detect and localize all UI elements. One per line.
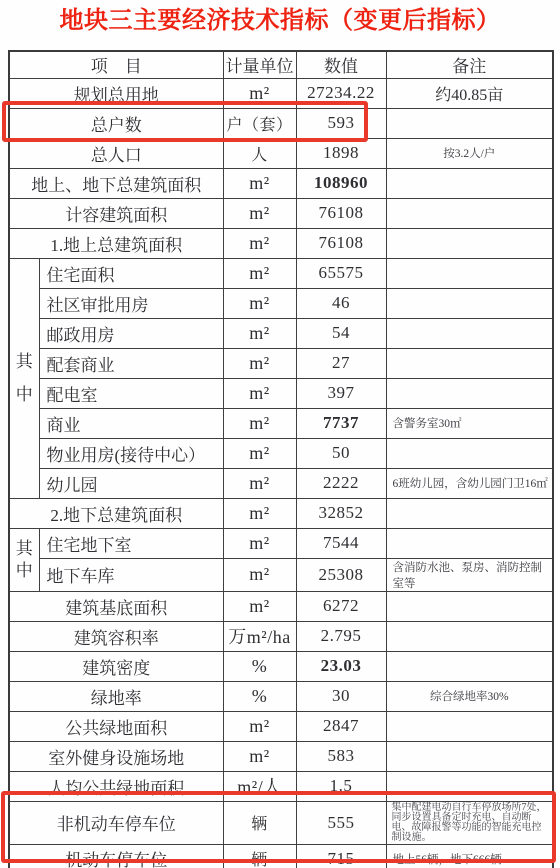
item-name: 住宅面积	[39, 258, 223, 288]
item-name: 非机动车停车位	[9, 801, 223, 844]
item-name: 建筑基底面积	[9, 591, 223, 621]
unit-value: m²	[223, 378, 296, 408]
unit-value: m²	[223, 168, 296, 198]
item-name: 配套商业	[39, 348, 223, 378]
remark-text	[386, 711, 553, 741]
numeric-value: 65575	[296, 258, 386, 288]
header-unit: 计量单位	[223, 51, 296, 78]
item-name: 幼儿园	[39, 468, 223, 498]
group-label: 其中	[9, 258, 39, 498]
header-row: 项 目 计量单位 数值 备注	[9, 51, 553, 78]
header-remark: 备注	[386, 51, 553, 78]
remark-text: 地上56辆，地下666辆	[386, 844, 553, 868]
unit-value: m²	[223, 348, 296, 378]
remark-text: 约40.85亩	[386, 78, 553, 108]
item-name: 地上、地下总建筑面积	[9, 168, 223, 198]
item-name: 公共绿地面积	[9, 711, 223, 741]
table-row: 邮政用房m²54	[9, 318, 553, 348]
item-name: 绿地率	[9, 681, 223, 711]
remark-text	[386, 378, 553, 408]
unit-value: m²	[223, 591, 296, 621]
numeric-value: 7737	[296, 408, 386, 438]
unit-value: %	[223, 651, 296, 681]
table-row: 建筑基底面积m²6272	[9, 591, 553, 621]
table-row: 配套商业m²27	[9, 348, 553, 378]
item-name: 建筑容积率	[9, 621, 223, 651]
remark-text	[386, 288, 553, 318]
numeric-value: 555	[296, 801, 386, 844]
item-name: 人均公共绿地面积	[9, 771, 223, 801]
unit-value: m²	[223, 558, 296, 591]
remark-text: 6班幼儿园，含幼儿园门卫16㎡	[386, 468, 553, 498]
numeric-value: 76108	[296, 198, 386, 228]
indicators-table: 项 目 计量单位 数值 备注 规划总用地m²27234.22约40.85亩总户数…	[8, 50, 554, 868]
numeric-value: 583	[296, 741, 386, 771]
remark-text	[386, 498, 553, 528]
unit-value: m²	[223, 318, 296, 348]
unit-value: m²	[223, 198, 296, 228]
unit-value: m²	[223, 78, 296, 108]
item-name: 2.地下总建筑面积	[9, 498, 223, 528]
table-row: 2.地下总建筑面积m²32852	[9, 498, 553, 528]
remark-text: 集中配建电动自行车停放场所7处，同步设置具备定时充电、自动断电、故障报警等功能的…	[386, 801, 553, 844]
remark-text	[386, 198, 553, 228]
item-name: 配电室	[39, 378, 223, 408]
document-page: 地块三主要经济技术指标（变更后指标） 项 目 计量单位 数值 备注 规划总用地m…	[0, 0, 560, 868]
table-row: 总人口人1898按3.2人/户	[9, 138, 553, 168]
table-row: 非机动车停车位辆555集中配建电动自行车停放场所7处，同步设置具备定时充电、自动…	[9, 801, 553, 844]
unit-value: m²	[223, 258, 296, 288]
table-row: 人均公共绿地面积m²/人1.5	[9, 771, 553, 801]
numeric-value: 25308	[296, 558, 386, 591]
unit-value: m²	[223, 228, 296, 258]
unit-value: m²	[223, 528, 296, 558]
numeric-value: 6272	[296, 591, 386, 621]
item-name: 住宅地下室	[39, 528, 223, 558]
numeric-value: 32852	[296, 498, 386, 528]
unit-value: 辆	[223, 801, 296, 844]
unit-value: m²	[223, 711, 296, 741]
item-name: 建筑密度	[9, 651, 223, 681]
remark-text	[386, 318, 553, 348]
unit-value: m²	[223, 468, 296, 498]
numeric-value: 1898	[296, 138, 386, 168]
unit-value: m²	[223, 741, 296, 771]
item-name: 规划总用地	[9, 78, 223, 108]
table-row: 其中住宅地下室m²7544	[9, 528, 553, 558]
numeric-value: 23.03	[296, 651, 386, 681]
unit-value: %	[223, 681, 296, 711]
remark-text	[386, 348, 553, 378]
item-name: 总人口	[9, 138, 223, 168]
numeric-value: 54	[296, 318, 386, 348]
unit-value: 户（套）	[223, 108, 296, 138]
numeric-value: 2.795	[296, 621, 386, 651]
numeric-value: 50	[296, 438, 386, 468]
numeric-value: 46	[296, 288, 386, 318]
remark-text	[386, 591, 553, 621]
item-name: 商业	[39, 408, 223, 438]
unit-value: m²	[223, 498, 296, 528]
numeric-value: 27	[296, 348, 386, 378]
remark-text	[386, 258, 553, 288]
table-row: 地下车库m²25308含消防水池、泵房、消防控制室等	[9, 558, 553, 591]
numeric-value: 7544	[296, 528, 386, 558]
table-row: 计容建筑面积m²76108	[9, 198, 553, 228]
remark-text	[386, 228, 553, 258]
table-row: 公共绿地面积m²2847	[9, 711, 553, 741]
group-label: 其中	[9, 528, 39, 591]
numeric-value: 76108	[296, 228, 386, 258]
numeric-value: 30	[296, 681, 386, 711]
item-name: 地下车库	[39, 558, 223, 591]
remark-text	[386, 108, 553, 138]
table-row: 室外健身设施场地m²583	[9, 741, 553, 771]
remark-text: 综合绿地率30%	[386, 681, 553, 711]
header-item: 项 目	[9, 51, 223, 78]
unit-value: 万m²/ha	[223, 621, 296, 651]
item-name: 计容建筑面积	[9, 198, 223, 228]
remark-text: 含消防水池、泵房、消防控制室等	[386, 558, 553, 591]
table-row: 建筑密度%23.03	[9, 651, 553, 681]
numeric-value: 715	[296, 844, 386, 868]
numeric-value: 2847	[296, 711, 386, 741]
table-row: 规划总用地m²27234.22约40.85亩	[9, 78, 553, 108]
table-row: 商业m²7737含警务室30㎡	[9, 408, 553, 438]
numeric-value: 1.5	[296, 771, 386, 801]
remark-text	[386, 771, 553, 801]
numeric-value: 108960	[296, 168, 386, 198]
table-row: 建筑容积率万m²/ha2.795	[9, 621, 553, 651]
table-row: 其中住宅面积m²65575	[9, 258, 553, 288]
table-row: 地上、地下总建筑面积m²108960	[9, 168, 553, 198]
item-name: 机动车停车位	[9, 844, 223, 868]
page-title: 地块三主要经济技术指标（变更后指标）	[0, 2, 560, 40]
item-name: 物业用房(接待中心）	[39, 438, 223, 468]
remark-text	[386, 168, 553, 198]
table-row: 幼儿园m²22226班幼儿园，含幼儿园门卫16㎡	[9, 468, 553, 498]
remark-text	[386, 621, 553, 651]
numeric-value: 593	[296, 108, 386, 138]
item-name: 总户数	[9, 108, 223, 138]
item-name: 社区审批用房	[39, 288, 223, 318]
unit-value: 辆	[223, 844, 296, 868]
table-row: 绿地率%30综合绿地率30%	[9, 681, 553, 711]
item-name: 1.地上总建筑面积	[9, 228, 223, 258]
remark-text	[386, 651, 553, 681]
remark-text	[386, 438, 553, 468]
remark-text: 含警务室30㎡	[386, 408, 553, 438]
table-row: 物业用房(接待中心）m²50	[9, 438, 553, 468]
numeric-value: 2222	[296, 468, 386, 498]
table-row: 配电室m²397	[9, 378, 553, 408]
numeric-value: 397	[296, 378, 386, 408]
remark-text	[386, 528, 553, 558]
table-row: 总户数户（套）593	[9, 108, 553, 138]
unit-value: m²	[223, 408, 296, 438]
unit-value: m²	[223, 288, 296, 318]
item-name: 室外健身设施场地	[9, 741, 223, 771]
table-row: 机动车停车位辆715地上56辆，地下666辆	[9, 844, 553, 868]
unit-value: m²/人	[223, 771, 296, 801]
remark-text	[386, 741, 553, 771]
unit-value: m²	[223, 438, 296, 468]
header-value: 数值	[296, 51, 386, 78]
remark-text: 按3.2人/户	[386, 138, 553, 168]
unit-value: 人	[223, 138, 296, 168]
table-body: 规划总用地m²27234.22约40.85亩总户数户（套）593总人口人1898…	[9, 78, 553, 868]
table-row: 1.地上总建筑面积m²76108	[9, 228, 553, 258]
numeric-value: 27234.22	[296, 78, 386, 108]
table-row: 社区审批用房m²46	[9, 288, 553, 318]
item-name: 邮政用房	[39, 318, 223, 348]
